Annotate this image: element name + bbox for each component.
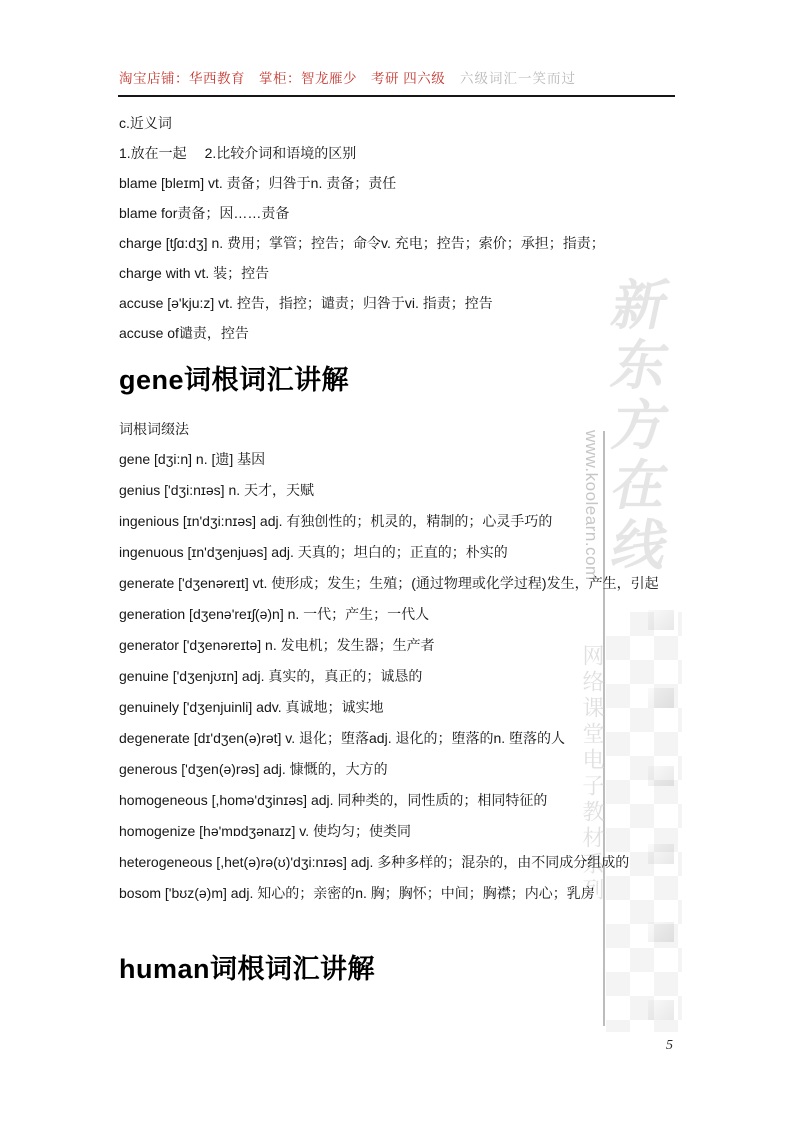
intro-block: c.近义词1.放在一起 2.比较介词和语境的区别blame [bleɪm] vt… (119, 108, 685, 348)
header-rule (118, 95, 675, 97)
section-heading-human: human词根词汇讲解 (119, 951, 685, 987)
checker-dark-square (648, 1000, 674, 1020)
word-entry: generation [dʒenə'reɪʃ(ə)n] n. 一代；产生；一代人 (119, 599, 685, 630)
text-line: charge with vt. 装；控告 (119, 258, 685, 288)
word-entry: genius ['dʒi:nɪəs] n. 天才，天赋 (119, 475, 685, 506)
word-entry: heterogeneous [,het(ə)rə(ʊ)'dʒi:nɪəs] ad… (119, 847, 685, 878)
page-header: 淘宝店铺：华西教育 掌柜：智龙雁少 考研 四六级 六级词汇一笑而过 (119, 70, 675, 88)
word-entry-list: gene [dʒi:n] n. [遗] 基因genius ['dʒi:nɪəs]… (119, 444, 685, 909)
word-entry: ingenious [ɪn'dʒi:nɪəs] adj. 有独创性的；机灵的，精… (119, 506, 685, 537)
document-page: 新 东 方 在 线 www.koolearn.com 网络课堂电子教材系列 淘宝… (0, 0, 793, 1122)
word-entry: genuine ['dʒenjʊɪn] adj. 真实的，真正的；诚恳的 (119, 661, 685, 692)
word-entry: homogeneous [,homə'dʒinɪəs] adj. 同种类的，同性… (119, 785, 685, 816)
text-line: c.近义词 (119, 108, 685, 138)
text-line: accuse of谴责，控告 (119, 318, 685, 348)
page-content: c.近义词1.放在一起 2.比较介词和语境的区别blame [bleɪm] vt… (119, 108, 685, 987)
text-line: 1.放在一起 2.比较介词和语境的区别 (119, 138, 685, 168)
subheading-word-root: 词根词缀法 (119, 414, 685, 444)
shop-info-text: 淘宝店铺：华西教育 掌柜：智龙雁少 考研 四六级 (119, 71, 445, 86)
word-entry: generate ['dʒenəreɪt] vt. 使形成；发生；生殖；(通过物… (119, 568, 685, 599)
word-entry: gene [dʒi:n] n. [遗] 基因 (119, 444, 685, 475)
word-entry: generous ['dʒen(ə)rəs] adj. 慷慨的，大方的 (119, 754, 685, 785)
word-entry: genuinely ['dʒenjuinli] adv. 真诚地；诚实地 (119, 692, 685, 723)
text-line: blame for责备；因……责备 (119, 198, 685, 228)
header-watermark-text: 六级词汇一笑而过 (460, 70, 576, 88)
word-entry: ingenuous [ɪn'dʒenjuəs] adj. 天真的；坦白的；正直的… (119, 537, 685, 568)
word-entry: homogenize [hə'mɒdʒənaɪz] v. 使均匀；使类同 (119, 816, 685, 847)
text-line: charge [tʃɑ:dʒ] n. 费用；掌管；控告；命令v. 充电；控告；索… (119, 228, 685, 258)
text-line: blame [bleɪm] vt. 责备；归咎于n. 责备；责任 (119, 168, 685, 198)
page-number: 5 (666, 1038, 673, 1054)
word-entry: degenerate [dɪ'dʒen(ə)rət] v. 退化；堕落adj. … (119, 723, 685, 754)
word-entry: generator ['dʒenəreɪtə] n. 发电机；发生器；生产者 (119, 630, 685, 661)
text-line: accuse [ə'kju:z] vt. 控告，指控；谴责；归咎于vi. 指责；… (119, 288, 685, 318)
section-heading-gene: gene词根词汇讲解 (119, 362, 685, 398)
word-entry: bosom ['bʊz(ə)m] adj. 知心的；亲密的n. 胸；胸怀；中间；… (119, 878, 685, 909)
